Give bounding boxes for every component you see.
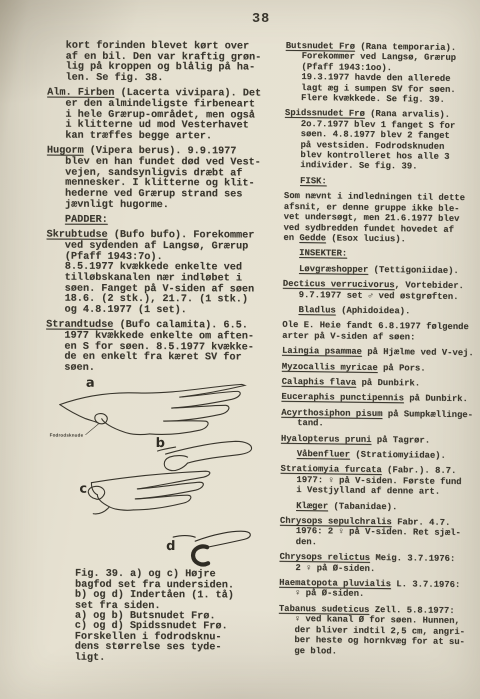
toe-d-drawing	[173, 531, 250, 565]
para-continued: kort forinden blevet kørt over af en bil…	[47, 42, 263, 86]
right-column-text: Butsnudet Frø (Rana temporaria). Forekom…	[278, 41, 480, 658]
text-run: (Rana temporaria). Forekommer ved Langsø…	[285, 42, 456, 105]
toe-b-drawing	[157, 441, 251, 471]
text-run: på Pors.	[378, 363, 426, 374]
foot-a-drawing	[60, 384, 245, 436]
text-run: (Tabanidae).	[328, 501, 397, 512]
underlined-term: INSEKTER:	[299, 248, 347, 259]
entry-hugorm: Hugorm (Vipera berus). 9.9.1977 blev en …	[47, 147, 263, 212]
entry-acyrthosiphon: Acyrthosiphon pisum på Sumpkællinge- tan…	[281, 408, 477, 431]
underlined-term: Hugorm	[47, 146, 84, 157]
underlined-term: Myzocallis myricae	[282, 361, 378, 372]
underlined-term: Gedde	[299, 233, 326, 243]
entry-haematopota: Haematopota pluvialis L. 3.7.1976: ♀ på …	[279, 578, 475, 601]
left-column: kort forinden blevet kørt over af en bil…	[45, 42, 264, 665]
fodrodsknude-annotation: Fodrodsknude	[50, 431, 84, 442]
para-fisk-text: Som nævnt i indledningen til dette afsni…	[283, 191, 480, 245]
text-run: (Esox lucius).	[326, 233, 406, 244]
underlined-term: Butsnudet Frø	[286, 41, 355, 52]
text-run: på Tagrør.	[371, 434, 430, 445]
text-run	[283, 248, 299, 258]
frog-foot-drawings	[45, 379, 258, 568]
entry-hyalopterus: Hyalopterus pruni på Tagrør.	[281, 433, 477, 446]
text-run: på Dunbirk.	[404, 394, 468, 405]
underlined-term: Tabanus sudeticus	[279, 604, 370, 615]
underlined-term: Strandtudse	[46, 320, 113, 331]
figure-39: a b c d Fodrodsknude	[45, 379, 258, 568]
section-padder: PADDER:	[47, 216, 263, 228]
scanned-page: 38 kort forinden blevet kørt over af en …	[0, 0, 480, 699]
left-column-text: kort forinden blevet kørt over af en bil…	[46, 42, 263, 376]
entry-decticus: Decticus verrucivorus, Vortebider. 9.7.1…	[283, 279, 479, 302]
entry-chrysops-sepulchralis: Chrysops sepulchralis Fabr. 4.7. 1976: 2…	[280, 516, 476, 550]
underlined-term: Skrubtudse	[46, 230, 107, 241]
entry-calaphis: Calaphis flava på Dunbirk.	[282, 377, 478, 390]
underlined-term: Acyrthosiphon pisum	[281, 408, 382, 419]
text-run	[282, 305, 298, 315]
entry-stratiomyia: Stratiomyia furcata (Fabr.). 8.7. 1977: …	[280, 464, 476, 498]
figure-label-b: b	[156, 439, 165, 450]
figure-label-a: a	[86, 379, 95, 390]
text-run: på Dunbirk.	[356, 378, 420, 389]
underlined-term: Euceraphis punctipennis	[281, 392, 404, 403]
text-run: (Vipera berus). 9.9.1977 blev en han fun…	[47, 146, 261, 211]
entry-tabanus: Tabanus sudeticus Zell. 5.8.1977: ♀ ved …	[278, 604, 475, 658]
entry-spidssnudet-fro: Spidssnudet Frø (Rana arvalis). 2o.7.197…	[284, 108, 480, 173]
underlined-term: Stratiomyia furcata	[280, 464, 381, 475]
text-run: (Aphidoidea).	[336, 305, 411, 316]
text-run	[281, 449, 297, 459]
entry-lovgraeshopper: Løvgræshopper (Tettigoniidae).	[283, 264, 479, 277]
underlined-term: Calaphis flava	[282, 377, 357, 388]
underlined-term: Løvgræshopper	[299, 264, 368, 275]
underlined-term: Klæger	[296, 501, 328, 511]
section-klaeger: Klæger (Tabanidae).	[280, 500, 476, 513]
text-run	[284, 176, 300, 186]
figure-label-c: c	[79, 485, 87, 496]
section-vaabenfluer: Våbenfluer (Stratiomyiidae).	[281, 449, 477, 462]
text-run: (Rana arvalis). 2o.7.1977 blev 1 fanget …	[284, 109, 455, 172]
page-number: 38	[252, 12, 270, 27]
text-run: (Tettigoniidae).	[368, 265, 459, 276]
text-run: Ole E. Heie fandt 6.8.1977 følgende arte…	[282, 320, 469, 342]
entry-butsnudet-fro: Butsnudet Frø (Rana temporaria). Forekom…	[285, 41, 480, 106]
underlined-term: Bladlus	[298, 305, 335, 315]
text-run: på Hjælme ved V-vej.	[362, 347, 474, 358]
figure-caption: Fig. 39. a) og c) Højre bagfod set fra u…	[75, 570, 255, 664]
text-run	[280, 500, 296, 510]
section-fisk: FISK:	[284, 176, 480, 189]
entry-euceraphis: Euceraphis punctipennis på Dunbirk.	[281, 392, 477, 405]
underlined-term: PADDER:	[65, 215, 108, 226]
text-run: (Bufo bufo). Forekommer ved sydenden af …	[46, 230, 254, 316]
entry-chrysops-relictus: Chrysops relictus Meig. 3.7.1976: 2 ♀ på…	[279, 552, 475, 575]
text-run	[47, 215, 65, 226]
entry-laingia: Laingia psammae på Hjælme ved V-vej.	[282, 346, 478, 359]
underlined-term: Spidssnudet Frø	[285, 108, 365, 119]
foot-c-drawing	[88, 471, 210, 515]
figure-label-d: d	[166, 542, 175, 553]
underlined-term: Laingia psammae	[282, 346, 362, 357]
text-run	[283, 264, 299, 274]
text-run: kort forinden blevet kørt over af en bil…	[47, 41, 261, 85]
underlined-term: Alm. Firben	[47, 88, 114, 99]
section-insekter: INSEKTER:	[283, 248, 479, 261]
entry-alm-firben: Alm. Firben (Lacerta vivipara). Det er d…	[47, 89, 263, 143]
underlined-term: FISK:	[300, 176, 327, 186]
entry-myzocallis: Myzocallis myricae på Pors.	[282, 361, 478, 374]
underlined-term: Chrysops relictus	[279, 552, 370, 563]
text-run: (Stratiomyiidae).	[350, 450, 446, 461]
underlined-term: Våbenfluer	[297, 449, 350, 460]
entry-skrubtudse: Skrubtudse (Bufo bufo). Forekommer ved s…	[46, 231, 262, 318]
para-heie: Ole E. Heie fandt 6.8.1977 følgende arte…	[282, 320, 478, 343]
right-column: Butsnudet Frø (Rana temporaria). Forekom…	[278, 41, 480, 663]
underlined-term: Hyalopterus pruni	[281, 433, 372, 444]
entry-strandtudse: Strandtudse (Bufo calamita). 6.5. 1977 k…	[46, 321, 262, 375]
entry-bladlus: Bladlus (Aphidoidea).	[282, 305, 478, 318]
